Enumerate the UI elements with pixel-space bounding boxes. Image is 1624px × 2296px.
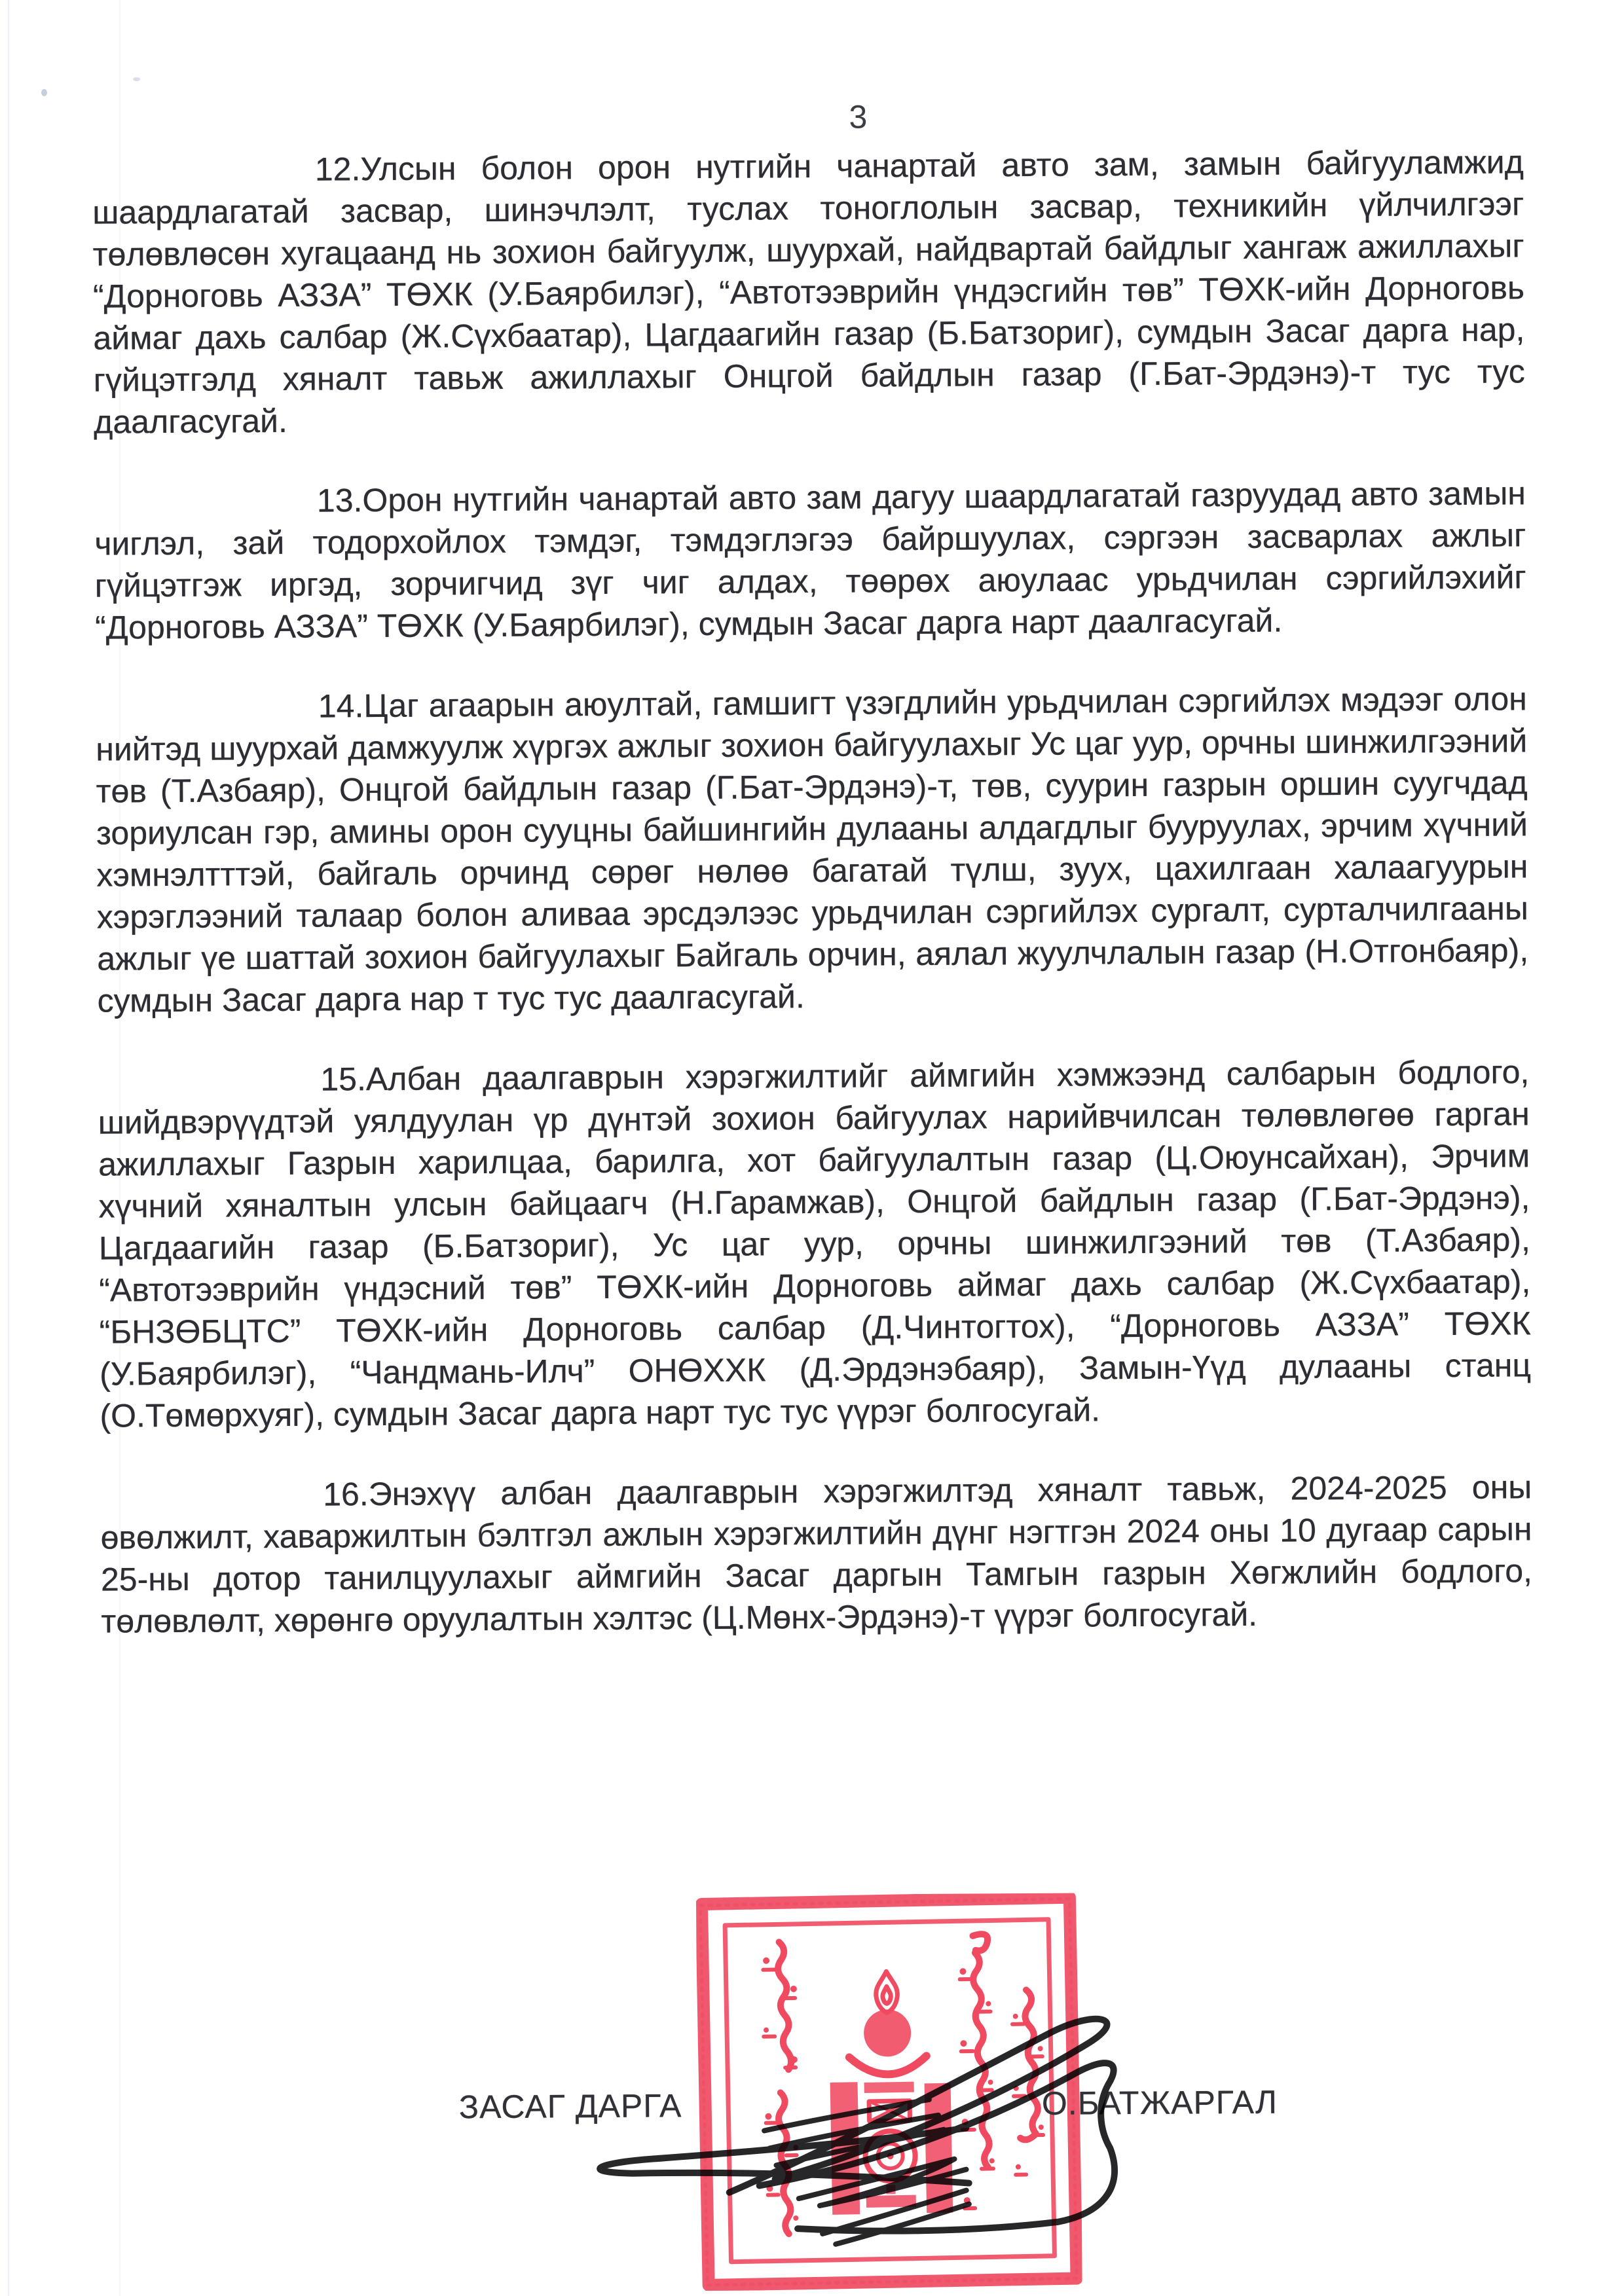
document-page: 3 12.Улсын болон орон нутгийн чанартай а… — [0, 0, 1624, 2296]
paragraph-12: 12.Улсын болон орон нутгийн чанартай авт… — [92, 141, 1526, 443]
paragraph-14: 14.Цаг агаарын аюултай, гамшигт үзэгдлий… — [96, 678, 1529, 1021]
paragraph-16: 16.Энэхүү албан даалгаврын хэрэгжилтэд х… — [100, 1466, 1533, 1642]
scanned-document: { "page": { "number": "3" }, "body": { "… — [0, 0, 1624, 2296]
paragraph-13: 13.Орон нутгийн чанартай авто зам дагуу … — [94, 472, 1527, 648]
paragraph-15: 15.Албан даалгаврын хэрэгжилтийг аймгийн… — [98, 1051, 1531, 1436]
page-number: 3 — [825, 98, 891, 136]
document-body: 12.Улсын болон орон нутгийн чанартай авт… — [92, 141, 1533, 1642]
signature-strokes — [599, 2019, 1115, 2246]
handwritten-signature-icon — [541, 1973, 1152, 2258]
